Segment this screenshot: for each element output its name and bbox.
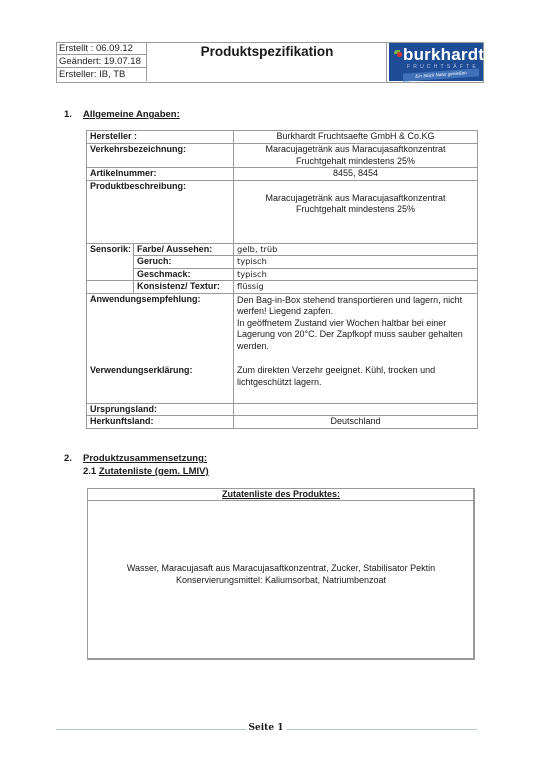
logo-tagline: Ein Stück Natur genießen <box>403 68 479 81</box>
value-anwendungsempfehlung: Den Bag-in-Box stehend transportieren un… <box>234 293 478 365</box>
ingredients-line: Wasser, Maracujasaft aus Maracujasaftkon… <box>87 562 475 574</box>
section-1-number: 1. <box>64 109 83 120</box>
section-2-title: Produktzusammensetzung: <box>83 453 207 464</box>
value-ursprungsland <box>234 403 478 416</box>
table-row: Geruch: typisch <box>87 256 478 269</box>
logo-name: burkhardt <box>403 45 484 65</box>
label-sensorik-item: Geschmack: <box>134 268 234 281</box>
apple-dot-icon <box>397 52 402 57</box>
table-row: Produktbeschreibung: Maracujagetränk aus… <box>87 180 478 243</box>
label-sensorik: Sensorik: <box>87 243 134 256</box>
value-produktbeschreibung: Maracujagetränk aus Maracujasaftkonzentr… <box>234 180 478 243</box>
value-line: Maracujagetränk aus Maracujasaftkonzentr… <box>237 193 474 205</box>
section-1-title: Allgemeine Angaben: <box>83 109 180 120</box>
label-herkunftsland: Herkunftsland: <box>87 416 234 429</box>
value-line: In geöffnetem Zustand vier Wochen haltba… <box>237 318 474 330</box>
ingredients-header: Zutatenliste des Produktes: <box>87 488 475 501</box>
table-row: Sensorik: Farbe/ Aussehen: gelb, trüb <box>87 243 478 256</box>
label-sensorik-item: Farbe/ Aussehen: <box>134 243 234 256</box>
label-hersteller: Hersteller : <box>87 131 234 144</box>
section-2-heading: 2.Produktzusammensetzung: <box>64 453 207 464</box>
burkhardt-logo: burkhardt FRUCHTSÄFTE Ein Stück Natur ge… <box>389 43 483 81</box>
table-row: Geschmack: typisch <box>87 268 478 281</box>
table-row: Artikelnummer: 8455, 8454 <box>87 168 478 181</box>
table-row: Verkehrsbezeichnung: Maracujagetränk aus… <box>87 144 478 168</box>
label-produktbeschreibung: Produktbeschreibung: <box>87 180 234 243</box>
empty-cell <box>87 268 134 281</box>
value-line: Fruchtgehalt mindestens 25% <box>237 204 474 216</box>
empty-cell <box>87 281 134 294</box>
table-row: Ursprungsland: <box>87 403 478 416</box>
label-sensorik-item: Geruch: <box>134 256 234 269</box>
label-sensorik-item: Konsistenz/ Textur: <box>134 281 234 294</box>
footer-line-left <box>56 729 246 730</box>
value-sensorik-item: typisch <box>234 256 478 269</box>
value-artikelnummer: 8455, 8454 <box>234 168 478 181</box>
value-sensorik-item: flüssig <box>234 281 478 294</box>
table-row: Verwendungserklärung: Zum direkten Verze… <box>87 365 478 403</box>
empty-cell <box>87 256 134 269</box>
value-line: Maracujagetränk aus Maracujasaftkonzentr… <box>237 144 474 156</box>
section-2-number: 2. <box>64 453 83 464</box>
document-title: Produktspezifikation <box>147 44 387 59</box>
changed-date: Geändert: 19.07.18 <box>56 55 147 68</box>
section-2-1-title: Zutatenliste (gem. LMIV) <box>99 466 209 477</box>
table-row: Anwendungsempfehlung: Den Bag-in-Box ste… <box>87 293 478 365</box>
table-row: Herkunftsland: Deutschland <box>87 416 478 429</box>
label-anwendungsempfehlung: Anwendungsempfehlung: <box>87 293 234 365</box>
label-ursprungsland: Ursprungsland: <box>87 403 234 416</box>
value-hersteller: Burkhardt Fruchtsaefte GmbH & Co.KG <box>234 131 478 144</box>
label-verkehrsbezeichnung: Verkehrsbezeichnung: <box>87 144 234 168</box>
created-date: Erstellt : 06.09.12 <box>56 42 147 55</box>
label-verwendungserklaerung: Verwendungserklärung: <box>87 365 234 403</box>
page-number: Seite 1 <box>248 723 284 733</box>
value-sensorik-item: typisch <box>234 268 478 281</box>
table-row: Konsistenz/ Textur: flüssig <box>87 281 478 294</box>
ingredients-line: Konservierungsmittel: Kaliumsorbat, Natr… <box>87 574 475 586</box>
spec-table: Hersteller : Burkhardt Fruchtsaefte GmbH… <box>86 130 478 429</box>
value-line: Fruchtgehalt mindestens 25% <box>237 156 474 168</box>
value-sensorik-item: gelb, trüb <box>234 243 478 256</box>
footer-line-right <box>287 729 477 730</box>
value-herkunftsland: Deutschland <box>234 416 478 429</box>
value-verkehrsbezeichnung: Maracujagetränk aus Maracujasaftkonzentr… <box>234 144 478 168</box>
section-2-1-number: 2.1 <box>83 466 96 477</box>
value-line: Den Bag-in-Box stehend transportieren un… <box>237 295 474 307</box>
value-line: werfen! Liegend zapfen. <box>237 306 474 318</box>
section-1-heading: 1.Allgemeine Angaben: <box>64 109 180 120</box>
table-row: Hersteller : Burkhardt Fruchtsaefte GmbH… <box>87 131 478 144</box>
value-verwendungserklaerung: Zum direkten Verzehr geeignet. Kühl, tro… <box>234 365 478 403</box>
header-meta: Erstellt : 06.09.12 Geändert: 19.07.18 E… <box>56 42 147 83</box>
ingredients-text: Wasser, Maracujasaft aus Maracujasaftkon… <box>87 562 475 586</box>
header-divider <box>386 42 387 83</box>
value-line: lichtgeschützt lagern. <box>237 377 474 389</box>
label-artikelnummer: Artikelnummer: <box>87 168 234 181</box>
author: Ersteller: IB, TB <box>56 68 147 81</box>
value-line: werden. <box>237 341 474 353</box>
value-line: Zum direkten Verzehr geeignet. Kühl, tro… <box>237 365 474 377</box>
section-2-1-heading: 2.1 Zutatenliste (gem. LMIV) <box>83 466 209 477</box>
value-line: Lagerung von 20°C. Der Zapfkopf muss sau… <box>237 329 474 341</box>
